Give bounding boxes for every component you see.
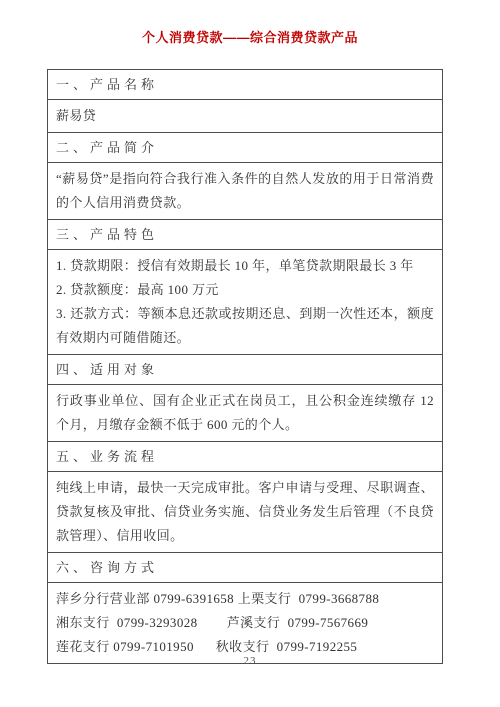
paragraph: 纯线上申请，最快一天完成审批。客户申请与受理、尽职调查、贷款复核及审批、信贷业务… [56, 476, 434, 548]
section-label: 三、产品特色 [56, 227, 158, 242]
paragraph: 行政事业单位、国有企业正式在岗员工，且公积金连续缴存 12 个月，月缴存金额不低… [56, 389, 434, 437]
table-row-target-customers-value: 行政事业单位、国有企业正式在岗员工，且公积金连续缴存 12 个月，月缴存金额不低… [48, 385, 442, 442]
section-label: 五、业务流程 [56, 449, 158, 464]
section-label: 六、咨询方式 [56, 560, 158, 575]
paragraph: 2. 贷款额度：最高 100 万元 [56, 278, 434, 302]
table-row-contact-info-value: 萍乡分行营业部 0799-6391658 上栗支行 0799-3668788 湘… [48, 583, 442, 663]
table-row-section-target-customers: 四、适用对象 [48, 355, 442, 385]
paragraph: “薪易贷”是指向符合我行准入条件的自然人发放的用于日常消费的个人信用消费贷款。 [56, 167, 434, 215]
section-label: 二、产品简介 [56, 140, 158, 155]
section-label: 四、适用对象 [56, 362, 158, 377]
paragraph: 薪易贷 [56, 104, 434, 128]
contact-line: 湘东支行 0799-3293028 芦溪支行 0799-7567669 [56, 611, 434, 635]
table-row-product-features-value: 1. 贷款期限：授信有效期最长 10 年，单笔贷款期限最长 3 年 2. 贷款额… [48, 250, 442, 355]
table-row-product-intro-value: “薪易贷”是指向符合我行准入条件的自然人发放的用于日常消费的个人信用消费贷款。 [48, 163, 442, 220]
table-row-section-contact-info: 六、咨询方式 [48, 553, 442, 583]
table-row-section-product-name: 一、产品名称 [48, 70, 442, 100]
contact-line: 萍乡分行营业部 0799-6391658 上栗支行 0799-3668788 [56, 587, 434, 611]
product-table: 一、产品名称 薪易贷 二、产品简介 “薪易贷”是指向符合我行准入条件的自然人发放… [47, 69, 443, 664]
page-number: 23 [0, 655, 500, 667]
paragraph: 1. 贷款期限：授信有效期最长 10 年，单笔贷款期限最长 3 年 [56, 254, 434, 278]
table-row-business-process-value: 纯线上申请，最快一天完成审批。客户申请与受理、尽职调查、贷款复核及审批、信贷业务… [48, 472, 442, 553]
page-title: 个人消费贷款——综合消费贷款产品 [0, 27, 500, 46]
table-row-section-product-intro: 二、产品简介 [48, 133, 442, 163]
section-label: 一、产品名称 [56, 77, 158, 92]
paragraph: 3. 还款方式：等额本息还款或按期还息、到期一次性还本，额度有效期内可随借随还。 [56, 302, 434, 350]
table-row-product-name-value: 薪易贷 [48, 100, 442, 133]
table-row-section-business-process: 五、业务流程 [48, 442, 442, 472]
table-row-section-product-features: 三、产品特色 [48, 220, 442, 250]
